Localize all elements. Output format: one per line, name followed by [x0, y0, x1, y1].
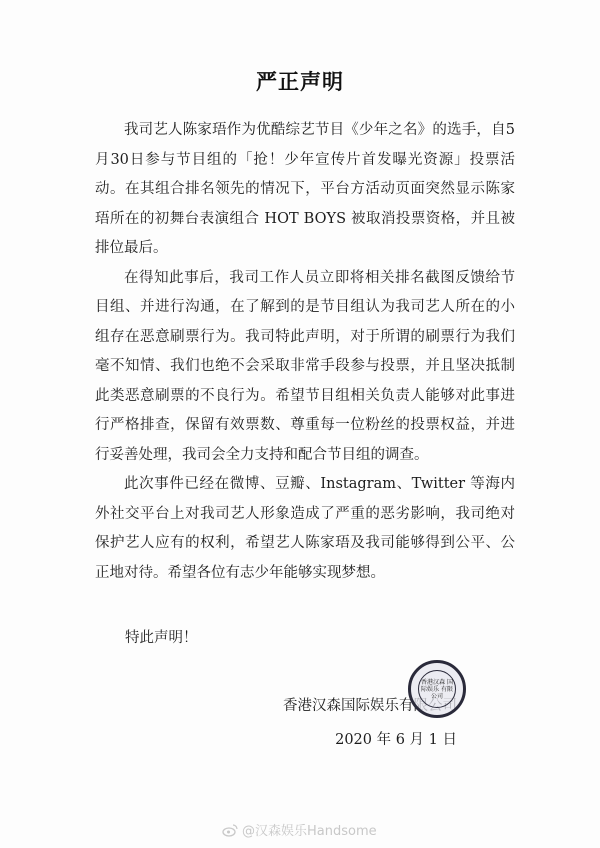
paragraph-2: 在得知此事后，我司工作人员立即将相关排名截图反馈给节目组、并进行沟通，在了解到的…	[95, 264, 515, 471]
watermark-text: @汉森娱乐Handsome	[242, 820, 377, 839]
seal-inner-text: 香港汉森 国际娱乐 有限公司	[418, 670, 456, 708]
closing-statement: 特此声明！	[125, 626, 198, 647]
document-title: 严正声明	[0, 66, 600, 96]
document-page: 严正声明 我司艺人陈家珸作为优酷综艺节目《少年之名》的选手，自5月30日参与节目…	[0, 0, 600, 848]
paragraph-3: 此次事件已经在微博、豆瓣、Instagram、Twitter 等海内外社交平台上…	[95, 470, 515, 588]
weibo-watermark: @汉森娱乐Handsome	[222, 820, 377, 839]
paragraph-1: 我司艺人陈家珸作为优酷综艺节目《少年之名》的选手，自5月30日参与节目组的「抢！…	[95, 116, 515, 264]
document-body: 我司艺人陈家珸作为优酷综艺节目《少年之名》的选手，自5月30日参与节目组的「抢！…	[95, 116, 515, 588]
company-seal-stamp: 香港汉森 国际娱乐 有限公司	[408, 660, 466, 718]
document-date: 2020 年 6 月 1 日	[335, 728, 457, 749]
weibo-logo-icon	[222, 823, 238, 837]
